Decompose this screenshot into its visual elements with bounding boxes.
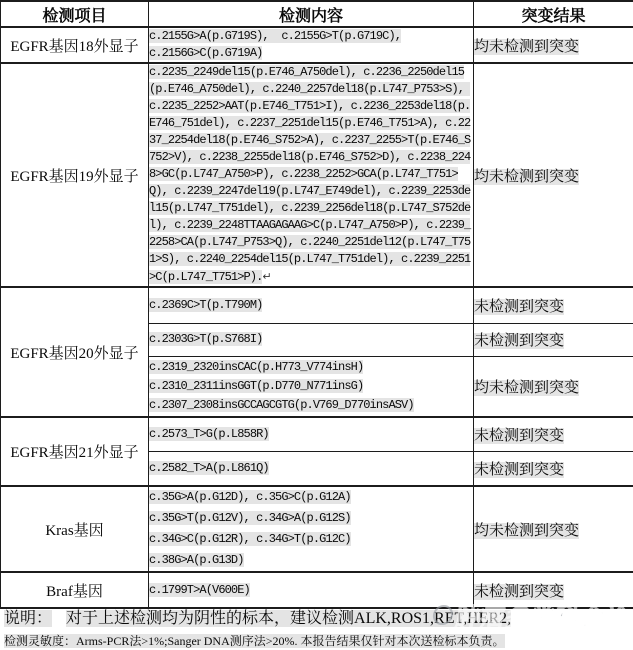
- gene-label-egfr21: EGFR基因21外显子: [1, 417, 149, 486]
- gene-label-egfr18: EGFR基因18外显子: [1, 27, 149, 63]
- header-mutation-result: 突变结果: [474, 1, 633, 27]
- line-break-mark: ↵: [262, 270, 270, 283]
- mutation-results-table: 检测项目 检测内容 突变结果 EGFR基因18外显子 c.2155G>A(p.G…: [0, 0, 633, 609]
- result-egfr20-s768i: 未检测到突变: [474, 323, 633, 356]
- row-kras: Kras基因 c.35G>A(p.G12D), c.35G>C(p.G12A)c…: [1, 486, 633, 572]
- header-test-item: 检测项目: [1, 1, 149, 27]
- row-egfr-exon19: EGFR基因19外显子 c.2235_2249del15(p.E746_A750…: [1, 63, 633, 287]
- mutations-egfr20-t790m: c.2369C>T(p.T790M): [149, 287, 474, 323]
- mutations-egfr21-l858r: c.2573_T>G(p.L858R): [149, 417, 474, 451]
- mutations-kras: c.35G>A(p.G12D), c.35G>C(p.G12A)c.35G>T(…: [149, 486, 474, 572]
- mutations-egfr18: c.2155G>A(p.G719S), c.2155G>T(p.G719C),c…: [149, 27, 474, 63]
- result-egfr19: 均未检测到突变: [474, 63, 633, 287]
- sensitivity-line: 检测灵敏度：Arms-PCR法>1%;Sanger DNA测序法>20%. 本报…: [4, 634, 633, 649]
- note-label: 说明：: [4, 610, 52, 627]
- report-footer: 说明：对于上述检测均为阴性的标本，建议检测ALK,ROS1,RET,HER2, …: [0, 603, 633, 649]
- row-egfr-exon20-t790m: EGFR基因20外显子 c.2369C>T(p.T790M) 未检测到突变: [1, 287, 633, 323]
- table-header-row: 检测项目 检测内容 突变结果: [1, 1, 633, 27]
- gene-label-egfr19: EGFR基因19外显子: [1, 63, 149, 287]
- result-egfr20-insertions: 均未检测到突变: [474, 356, 633, 417]
- row-egfr-exon21-l858r: EGFR基因21外显子 c.2573_T>G(p.L858R) 未检测到突变: [1, 417, 633, 451]
- result-kras: 均未检测到突变: [474, 486, 633, 572]
- gene-label-egfr20: EGFR基因20外显子: [1, 287, 149, 417]
- gene-label-kras: Kras基因: [1, 486, 149, 572]
- mutations-egfr20-s768i: c.2303G>T(p.S768I): [149, 323, 474, 356]
- result-egfr18: 均未检测到突变: [474, 27, 633, 63]
- header-test-content: 检测内容: [149, 1, 474, 27]
- row-egfr-exon18: EGFR基因18外显子 c.2155G>A(p.G719S), c.2155G>…: [1, 27, 633, 63]
- genetic-test-report: { "colors":{ "highlight":"#e4e4e4", "bor…: [0, 0, 633, 650]
- note-text: 对于上述检测均为阴性的标本，建议检测ALK,ROS1,RET,HER2,: [66, 610, 511, 627]
- result-egfr21-l858r: 未检测到突变: [474, 417, 633, 451]
- note-line: 说明：对于上述检测均为阴性的标本，建议检测ALK,ROS1,RET,HER2,: [4, 609, 633, 629]
- mutations-egfr21-l861q: c.2582_T>A(p.L861Q): [149, 451, 474, 486]
- mutations-egfr20-insertions: c.2319_2320insCAC(p.H773_V774insH)c.2310…: [149, 356, 474, 417]
- result-egfr20-t790m: 未检测到突变: [474, 287, 633, 323]
- result-egfr21-l861q: 未检测到突变: [474, 451, 633, 486]
- mutations-egfr19: c.2235_2249del15(p.E746_A750del), c.2236…: [149, 63, 474, 287]
